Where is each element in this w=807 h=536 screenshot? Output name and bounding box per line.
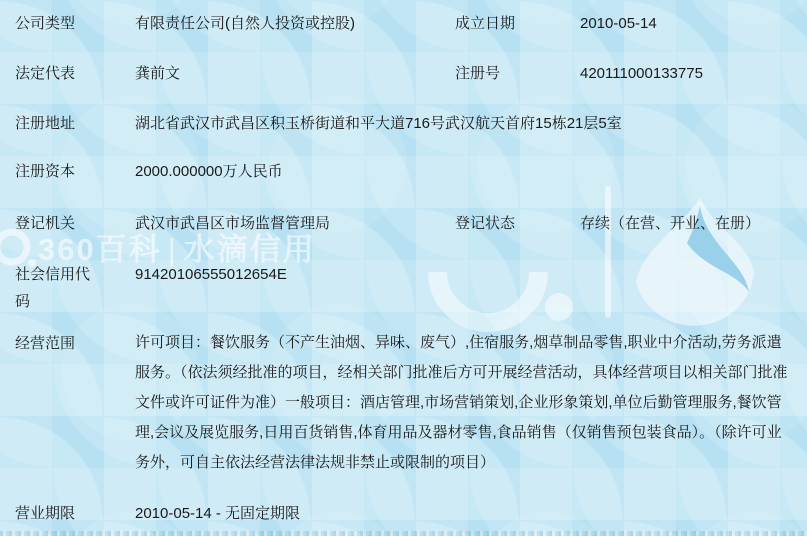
row-value: 2000.000000万人民币 — [135, 163, 790, 180]
row-value: 许可项目：餐饮服务（不产生油烟、异味、废气）,住宿服务,烟草制品零售,职业中介活… — [135, 328, 790, 478]
bottom-edge-texture — [0, 531, 807, 536]
row-label: 经营范围 — [15, 330, 99, 357]
company-info-table: 公司类型 有限责任公司(自然人投资或控股) 成立日期 2010-05-14 法定… — [0, 0, 807, 536]
row-value: 湖北省武汉市武昌区积玉桥街道和平大道716号武汉航天首府15栋21层5室 — [135, 115, 790, 132]
row-label: 登记机关 — [15, 210, 99, 237]
row-label: 法定代表 — [15, 60, 99, 87]
company-info-page: 360百科|水滴信用 公司类型 有限责任公司(自然人投资或控股) 成立日期 20… — [0, 0, 807, 536]
row-label: 公司类型 — [15, 10, 99, 37]
row-label: 登记状态 — [455, 210, 565, 237]
row-label: 注册号 — [455, 60, 565, 87]
row-label: 社会信用代码 — [15, 261, 99, 315]
row-value: 420111000133775 — [580, 65, 805, 82]
row-label: 注册资本 — [15, 158, 99, 185]
row-value: 2010-05-14 - 无固定期限 — [135, 505, 790, 522]
row-label: 成立日期 — [455, 10, 565, 37]
row-label: 营业期限 — [15, 500, 99, 527]
row-value: 有限责任公司(自然人投资或控股) — [135, 15, 455, 32]
row-value: 2010-05-14 — [580, 15, 805, 32]
row-value: 武汉市武昌区市场监督管理局 — [135, 215, 455, 232]
row-value: 存续（在营、开业、在册） — [580, 215, 805, 232]
row-value: 91420106555012654E — [135, 266, 790, 283]
row-value: 龚前文 — [135, 65, 455, 82]
row-label: 注册地址 — [15, 110, 99, 137]
